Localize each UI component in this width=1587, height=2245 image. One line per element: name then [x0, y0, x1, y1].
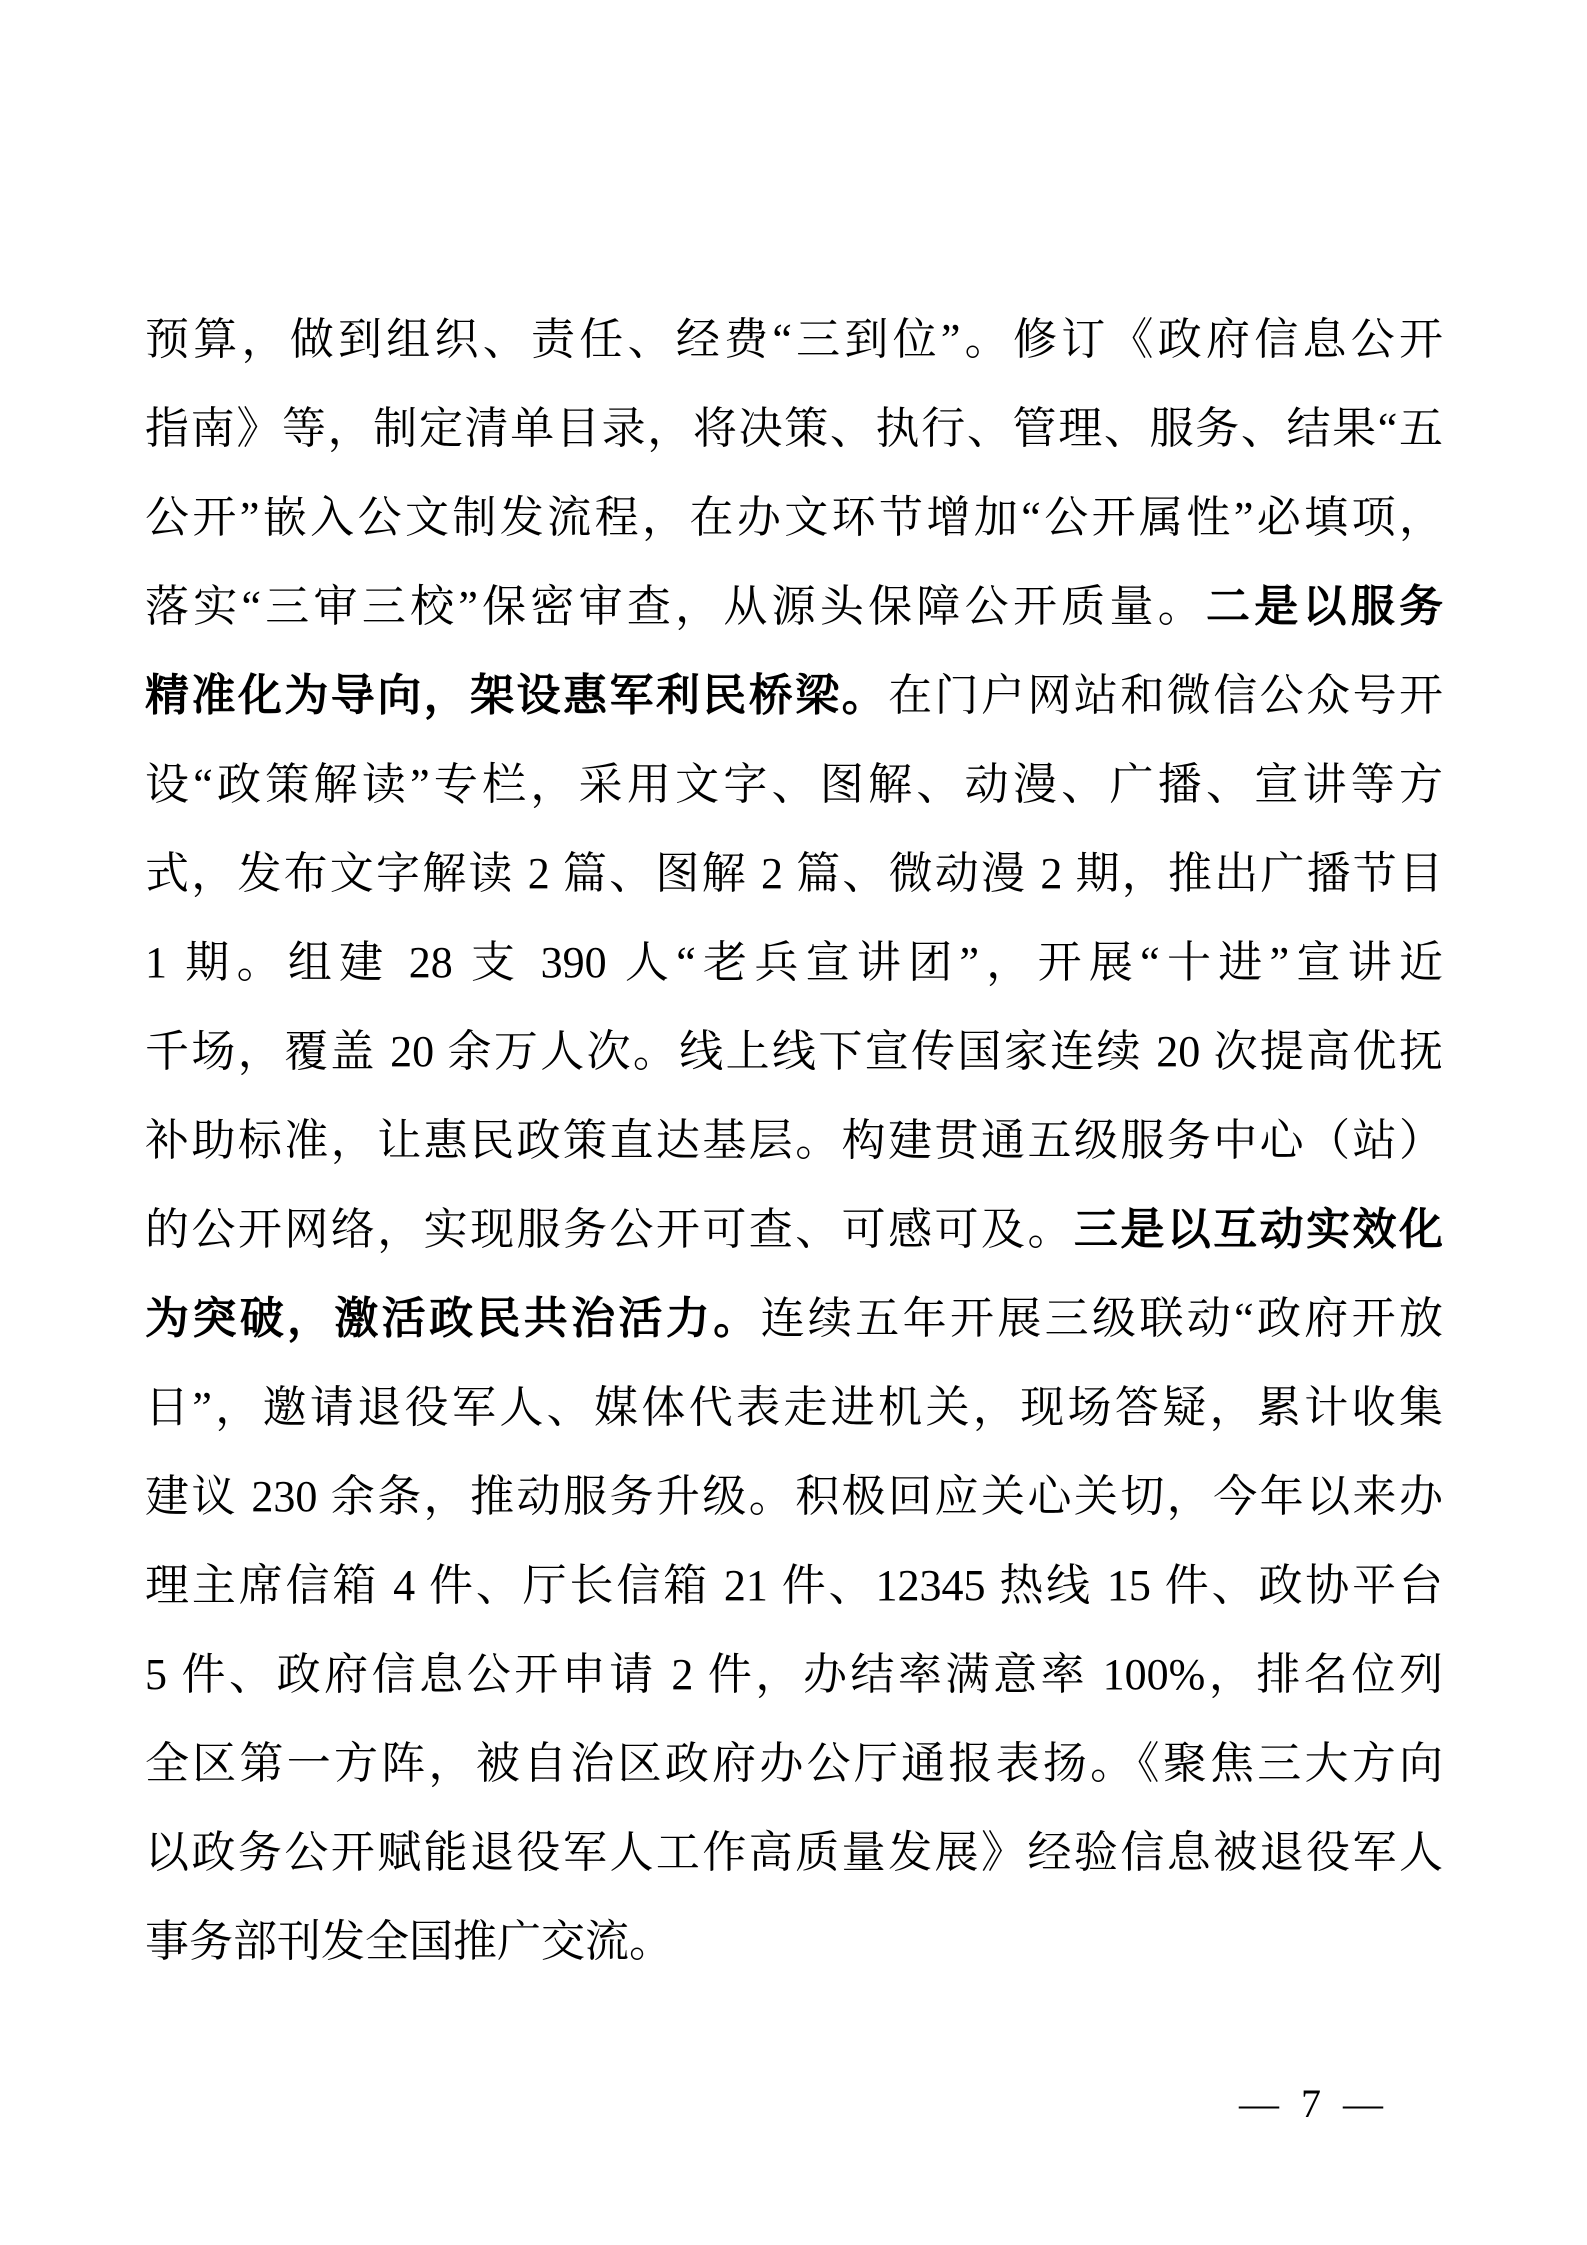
text-segment: 1 期。组建 28 支 390 人“老兵宣讲团”，开展“十进”宣讲近 — [145, 938, 1443, 987]
text-line: 落实“三审三校”保密审查，从源头保障公开质量。二是以服务 — [145, 562, 1443, 651]
text-segment: 式，发布文字解读 2 篇、图解 2 篇、微动漫 2 期，推出广播节目 — [145, 849, 1443, 898]
text-line: 事务部刊发全国推广交流。 — [145, 1897, 1443, 1986]
bold-text-segment: 精准化为导向，架设惠军利民桥梁。 — [145, 671, 888, 720]
text-line: 的公开网络，实现服务公开可查、可感可及。三是以互动实效化 — [145, 1185, 1443, 1274]
text-line: 千场，覆盖 20 余万人次。线上线下宣传国家连续 20 次提高优抚 — [145, 1007, 1443, 1096]
text-line: 全区第一方阵，被自治区政府办公厅通报表扬。《聚焦三大方向 — [145, 1719, 1443, 1808]
text-segment: 5 件、政府信息公开申请 2 件，办结率满意率 100%，排名位列 — [145, 1650, 1443, 1699]
text-segment: 理主席信箱 4 件、厅长信箱 21 件、12345 热线 15 件、政协平台 — [145, 1561, 1443, 1610]
text-segment: 事务部刊发全国推广交流。 — [145, 1917, 673, 1966]
text-segment: 日”，邀请退役军人、媒体代表走进机关，现场答疑，累计收集 — [145, 1383, 1443, 1432]
text-line: 建议 230 余条，推动服务升级。积极回应关心关切，今年以来办 — [145, 1452, 1443, 1541]
text-line: 以政务公开赋能退役军人工作高质量发展》经验信息被退役军人 — [145, 1808, 1443, 1897]
text-line: 公开”嵌入公文制发流程，在办文环节增加“公开属性”必填项， — [145, 473, 1443, 562]
document-page: 预算，做到组织、责任、经费“三到位”。修订《政府信息公开指南》等，制定清单目录，… — [0, 0, 1587, 2245]
text-segment: 设“政策解读”专栏，采用文字、图解、动漫、广播、宣讲等方 — [145, 760, 1443, 809]
text-segment: 落实“三审三校”保密审查，从源头保障公开质量。 — [145, 582, 1206, 631]
text-line: 设“政策解读”专栏，采用文字、图解、动漫、广播、宣讲等方 — [145, 740, 1443, 829]
text-segment: 的公开网络，实现服务公开可查、可感可及。 — [145, 1205, 1074, 1254]
page-number: — 7 — — [1239, 2080, 1389, 2128]
text-line: 精准化为导向，架设惠军利民桥梁。在门户网站和微信公众号开 — [145, 651, 1443, 740]
text-segment: 补助标准，让惠民政策直达基层。构建贯通五级服务中心（站） — [145, 1116, 1443, 1165]
text-line: 补助标准，让惠民政策直达基层。构建贯通五级服务中心（站） — [145, 1096, 1443, 1185]
text-line: 为突破，激活政民共治活力。连续五年开展三级联动“政府开放 — [145, 1274, 1443, 1363]
text-segment: 连续五年开展三级联动“政府开放 — [761, 1294, 1443, 1343]
text-line: 1 期。组建 28 支 390 人“老兵宣讲团”，开展“十进”宣讲近 — [145, 918, 1443, 1007]
text-line: 预算，做到组织、责任、经费“三到位”。修订《政府信息公开 — [145, 295, 1443, 384]
document-body: 预算，做到组织、责任、经费“三到位”。修订《政府信息公开指南》等，制定清单目录，… — [145, 295, 1443, 1986]
text-segment: 千场，覆盖 20 余万人次。线上线下宣传国家连续 20 次提高优抚 — [145, 1027, 1443, 1076]
bold-text-segment: 为突破，激活政民共治活力。 — [145, 1294, 761, 1343]
text-segment: 以政务公开赋能退役军人工作高质量发展》经验信息被退役军人 — [145, 1828, 1443, 1877]
text-segment: 在门户网站和微信公众号开 — [888, 671, 1443, 720]
text-line: 理主席信箱 4 件、厅长信箱 21 件、12345 热线 15 件、政协平台 — [145, 1541, 1443, 1630]
text-line: 5 件、政府信息公开申请 2 件，办结率满意率 100%，排名位列 — [145, 1630, 1443, 1719]
bold-text-segment: 二是以服务 — [1206, 582, 1443, 631]
text-line: 日”，邀请退役军人、媒体代表走进机关，现场答疑，累计收集 — [145, 1363, 1443, 1452]
text-segment: 建议 230 余条，推动服务升级。积极回应关心关切，今年以来办 — [145, 1472, 1443, 1521]
text-line: 指南》等，制定清单目录，将决策、执行、管理、服务、结果“五 — [145, 384, 1443, 473]
text-segment: 全区第一方阵，被自治区政府办公厅通报表扬。《聚焦三大方向 — [145, 1739, 1443, 1788]
text-segment: 预算，做到组织、责任、经费“三到位”。修订《政府信息公开 — [145, 315, 1443, 364]
bold-text-segment: 三是以互动实效化 — [1074, 1205, 1443, 1254]
text-line: 式，发布文字解读 2 篇、图解 2 篇、微动漫 2 期，推出广播节目 — [145, 829, 1443, 918]
text-segment: 指南》等，制定清单目录，将决策、执行、管理、服务、结果“五 — [145, 404, 1443, 453]
text-segment: 公开”嵌入公文制发流程，在办文环节增加“公开属性”必填项， — [145, 493, 1443, 542]
